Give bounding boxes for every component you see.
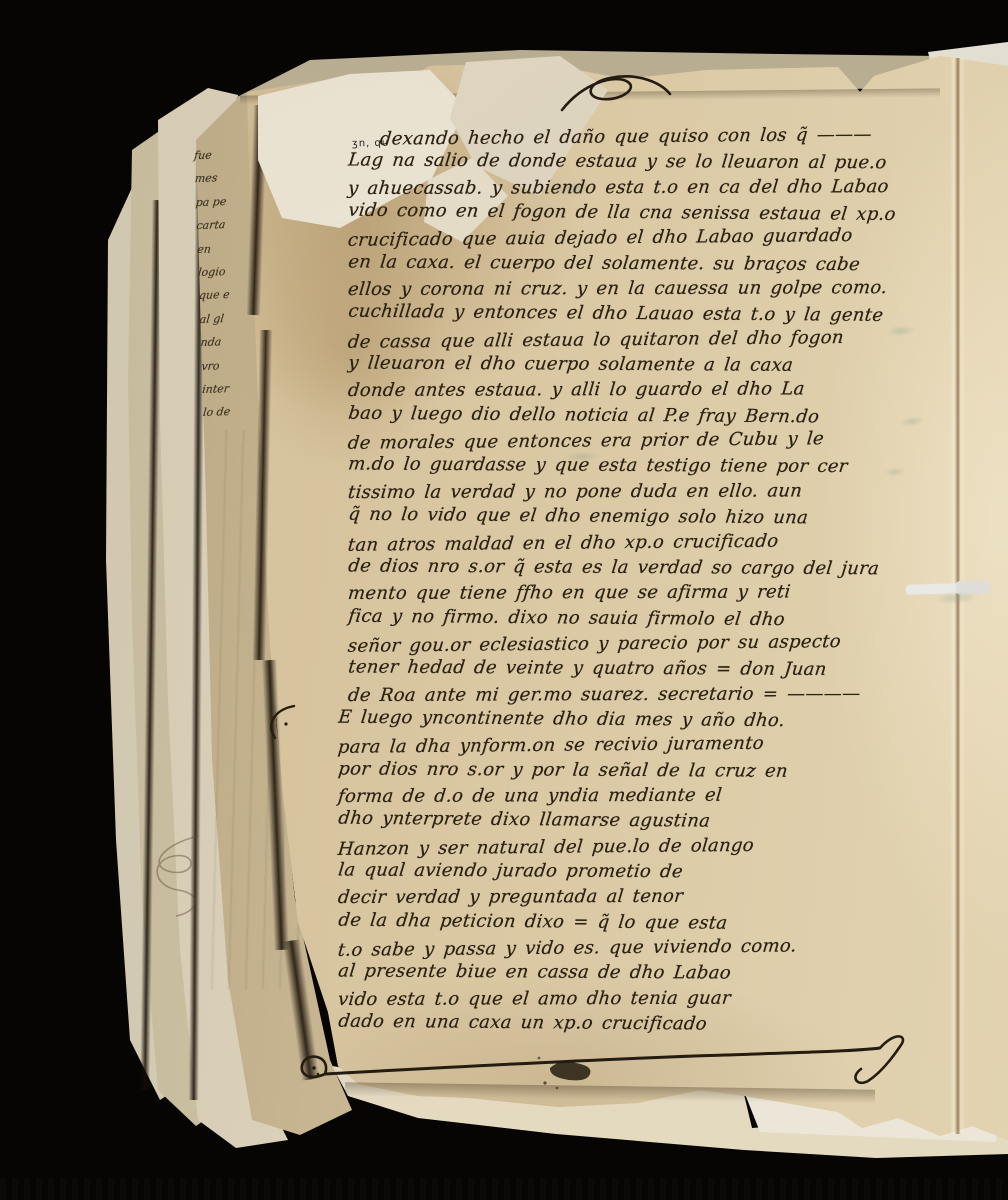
- handwritten-line: y lleuaron el dho cuerpo solamente a la …: [347, 353, 933, 381]
- handwritten-line: para la dha ynform.on se recivio juramen…: [337, 731, 934, 762]
- margin-fragment: fue: [192, 147, 254, 173]
- handwritten-line: la qual aviendo jurado prometio de: [337, 859, 933, 887]
- handwritten-line: m.do lo guardasse y que esta testigo tie…: [347, 454, 933, 482]
- margin-fragment: carta: [195, 217, 257, 243]
- scanned-manuscript: fuemespa pecartaenlogioque eal glndavroi…: [0, 0, 1008, 1200]
- margin-fragment: lo de: [201, 404, 263, 430]
- handwritten-line: en la caxa. el cuerpo del solamente. su …: [347, 251, 933, 279]
- handwritten-line: de dios nro s.or q̃ esta es la verdad so…: [347, 555, 933, 583]
- handwritten-line: al presente biue en cassa de dho Labao: [337, 961, 933, 989]
- handwritten-line: ellos y corona ni cruz. y en la cauessa …: [347, 277, 934, 304]
- handwritten-line: decir verdad y preguntada al tenor: [337, 885, 934, 912]
- handwritten-line: mento que tiene ffho en que se afirma y …: [347, 581, 934, 608]
- margin-fragment: mes: [193, 170, 255, 196]
- handwritten-line: vido esta t.o que el amo dho tenia guar: [337, 987, 934, 1014]
- handwritten-line: y ahuecassab. y subiendo esta t.o en ca …: [347, 176, 934, 203]
- paragraph-pen-mark: [262, 700, 300, 746]
- bottom-rule-flourish: [295, 1028, 915, 1108]
- handwritten-line: donde antes estaua. y alli lo guardo el …: [347, 378, 934, 405]
- handwritten-line: por dios nro s.or y por la señal de la c…: [337, 758, 933, 786]
- handwritten-line: Lag na salio de donde estaua y se lo lle…: [347, 150, 933, 178]
- handwritten-line: forma de d.o de una yndia mediante el: [337, 784, 934, 811]
- handwritten-line: tener hedad de veinte y quatro años = do…: [347, 657, 933, 685]
- handwritten-line: crucificado que auia dejado el dho Labao…: [347, 225, 934, 256]
- pen-scribble-on-under-sheet: [138, 828, 216, 928]
- top-pen-flourish: [556, 70, 676, 118]
- handwritten-line: tissimo la verdad y no pone duda en ello…: [347, 480, 934, 507]
- manuscript-text-block: dexando hecho el daño que quiso con los …: [348, 126, 932, 1038]
- margin-fragment: pa pe: [194, 194, 256, 220]
- scanner-background-texture: [0, 1178, 1008, 1200]
- handwritten-line: de Roa ante mi ger.mo suarez. secretario…: [347, 683, 934, 710]
